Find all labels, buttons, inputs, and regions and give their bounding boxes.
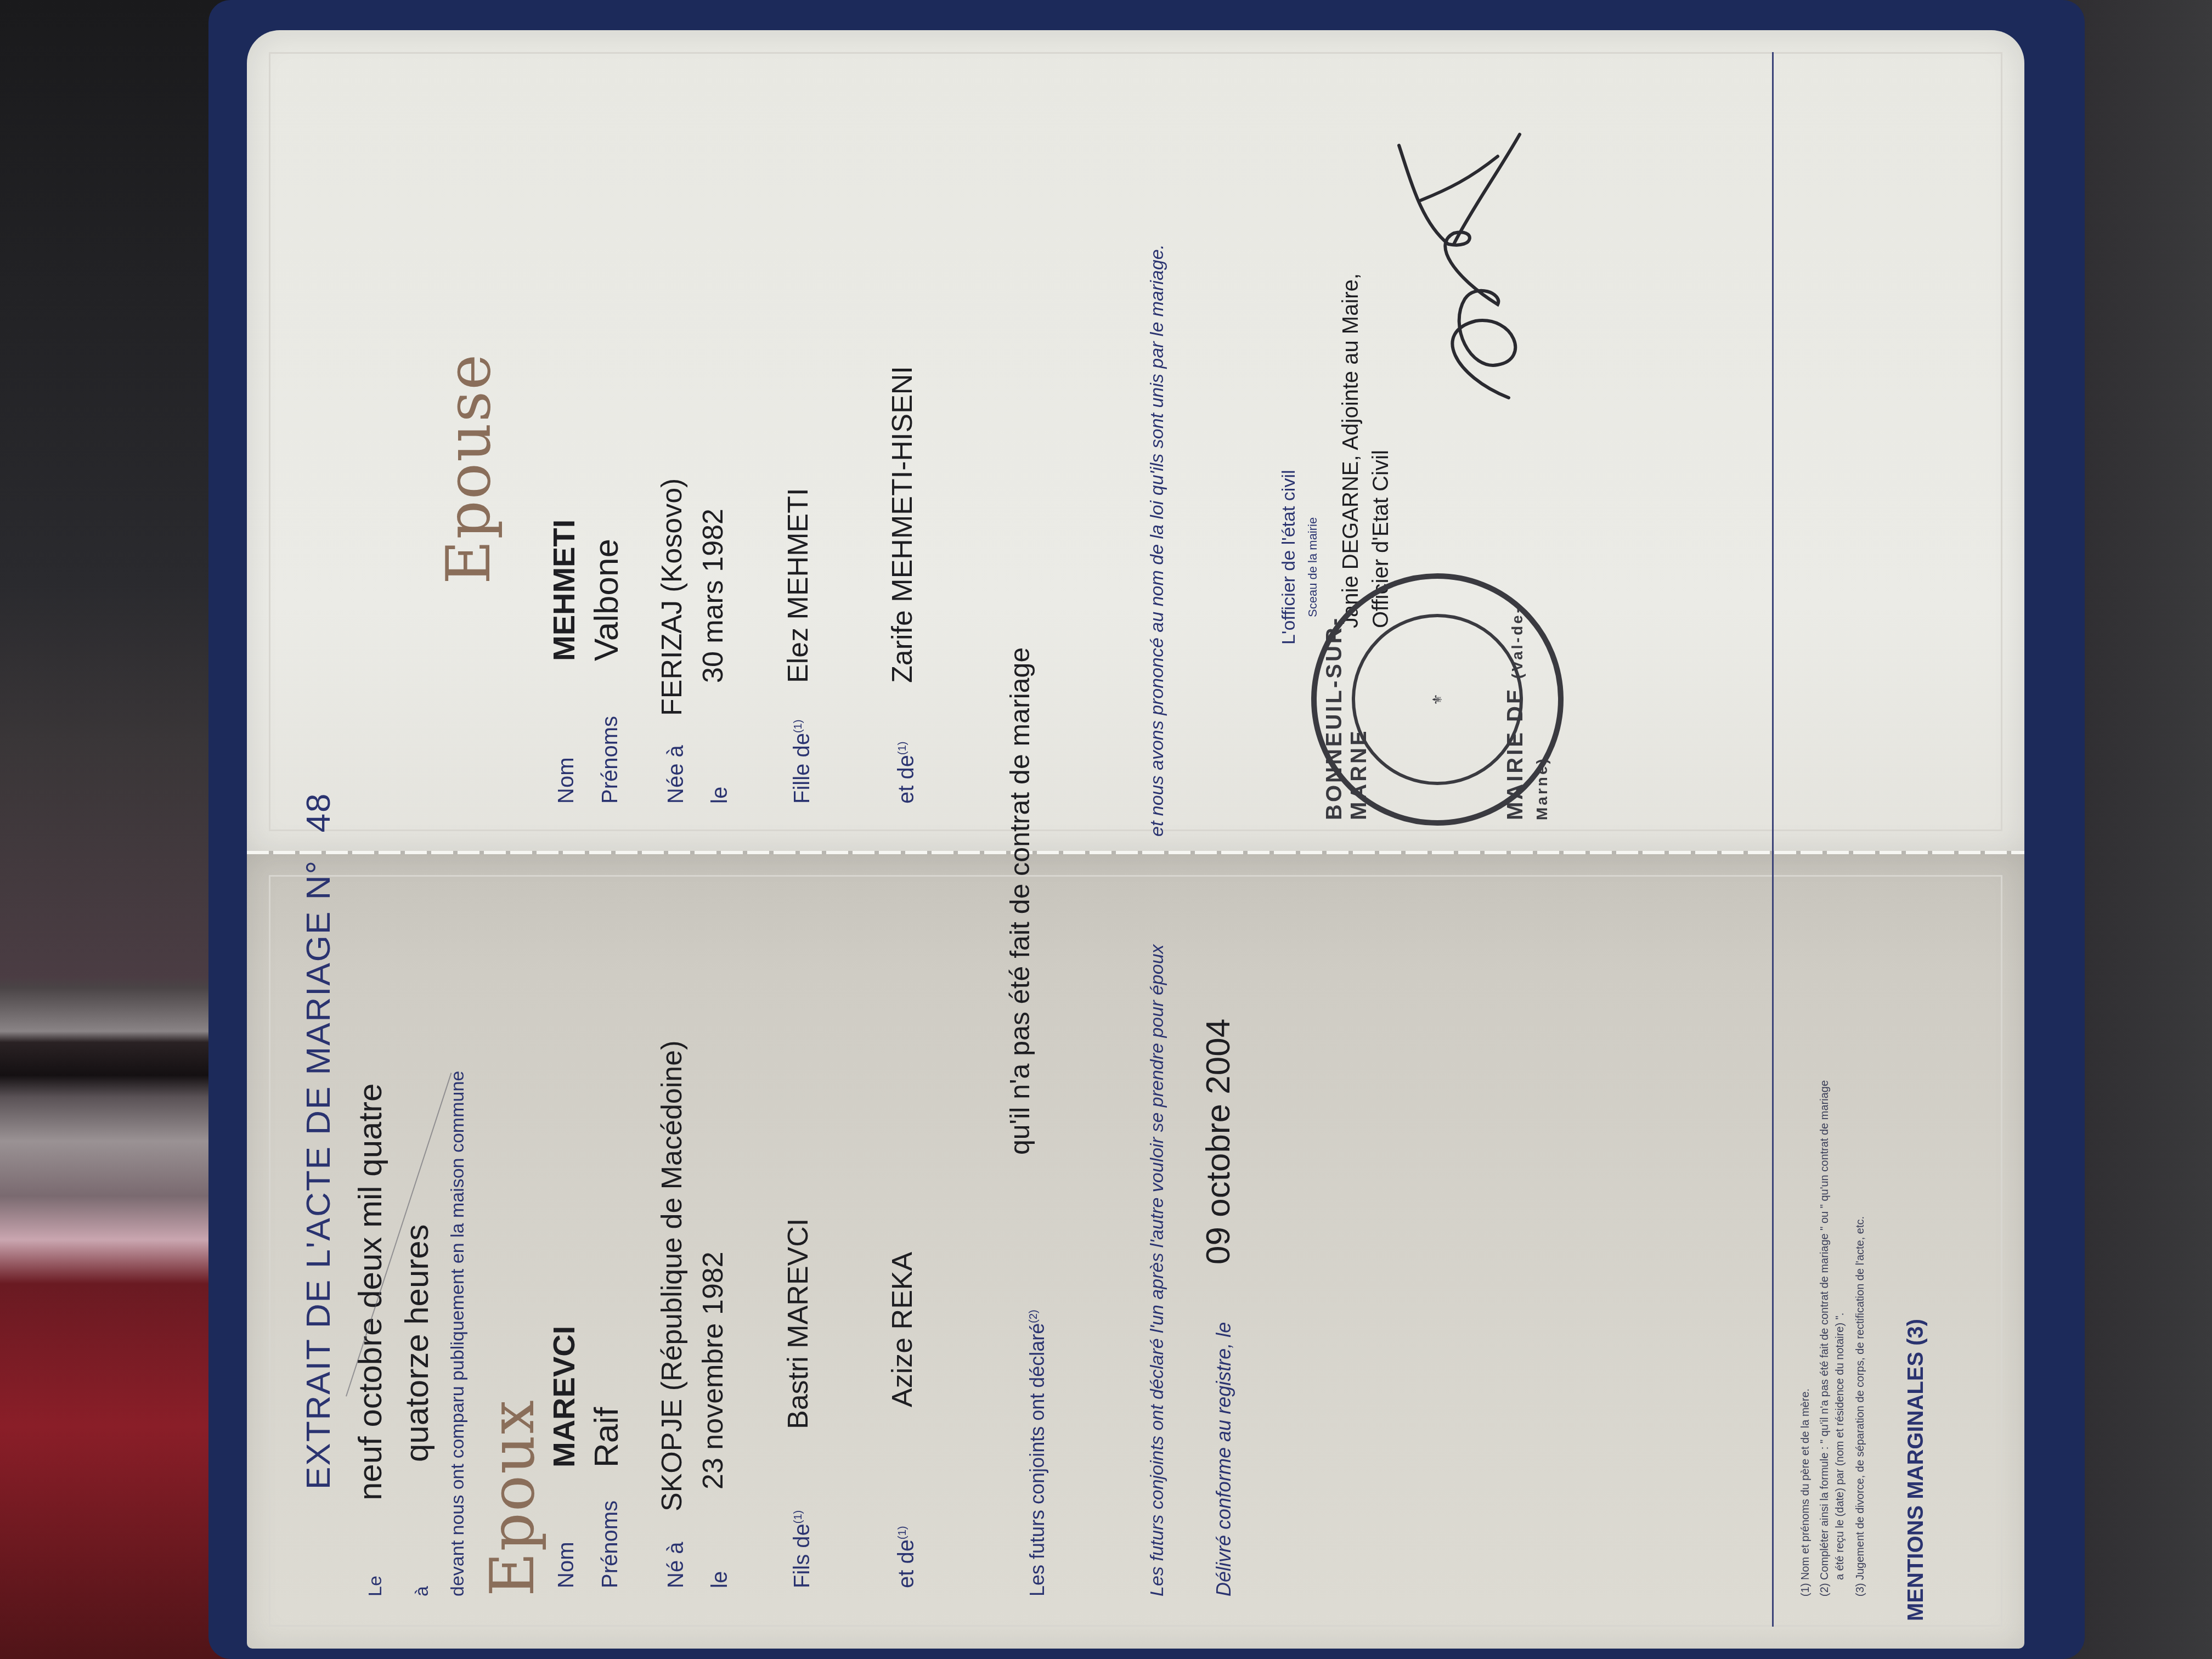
epouse-date-naissance: 30 mars 1982 (697, 509, 730, 683)
epouse-fille-de-label: Fille de(1) (790, 720, 815, 804)
epouse-prenoms-label: Prénoms (598, 716, 623, 804)
mairie-seal-stamp: BONNEUIL-SUR-MARNE ⚜ MAIRIE DE (Val-de-M… (1311, 573, 1564, 826)
epoux-pere: Bastri MAREVCI (782, 1218, 815, 1429)
epouse-nom: MEHMETI (546, 520, 582, 661)
epouse-mere: Zarife MEHMETI-HISENI (886, 366, 919, 683)
epoux-prenoms: Raif (587, 1407, 626, 1468)
epoux-prenoms-label: Prénoms (598, 1500, 623, 1588)
footnote-ref: (1) (896, 1526, 909, 1539)
epoux-nom: MAREVCI (546, 1326, 582, 1468)
civic-emblem-icon: ⚜ (1352, 614, 1523, 785)
mentions-marginales-heading: MENTIONS MARGINALES (3) (1904, 1319, 1928, 1621)
contract-label: Les futurs conjoints ont déclaré(2) (1026, 1310, 1049, 1596)
epouse-lieu-naissance: FERIZAJ (Kosovo) (656, 478, 689, 716)
page-border (269, 52, 2002, 831)
epouse-heading: Epouse (433, 353, 504, 584)
epouse-pere: Elez MEHMETI (782, 488, 815, 683)
footnote-ref: (2) (1028, 1310, 1040, 1323)
date-label: Le (365, 1576, 386, 1596)
epouse-nee-a-label: Née à (664, 745, 689, 804)
preamble-text: devant nous ont comparu publiquement en … (447, 1071, 469, 1596)
epoux-ne-a-label: Né à (664, 1542, 689, 1589)
et-de-text: et de (894, 1539, 918, 1588)
seal-top-text: BONNEUIL-SUR-MARNE (1322, 579, 1372, 820)
delivery-label: Délivré conforme au registre, le (1212, 1322, 1235, 1596)
marriage-certificate-document: EXTRAIT DE L'ACTE DE MARIAGE N° 48 Le ne… (247, 30, 2024, 1649)
officer-name: Janie DEGARNE, Adjointe au Maire, (1339, 273, 1363, 628)
footnote-2: (2) Compléter ainsi la formule : " qu'il… (1819, 1080, 1831, 1596)
officer-label: L'officier de l'état civil (1278, 470, 1300, 645)
footnote-ref: (1) (896, 742, 909, 755)
fils-de-text: Fils de (790, 1523, 814, 1588)
epoux-nom-label: Nom (554, 1542, 579, 1588)
marriage-date-words: neuf octobre deux mil quatre (351, 1084, 389, 1500)
handwritten-signature-icon (1388, 123, 1553, 409)
footnote-2-continued: a été reçu le (date) par (nom et résiden… (1834, 1313, 1847, 1580)
declaration-part1: Les futurs conjoints ont déclaré l'un ap… (1147, 944, 1168, 1596)
seal-label: Sceau de la mairie (1306, 517, 1320, 617)
contract-value: qu'il n'a pas été fait de contrat de mar… (1004, 647, 1036, 1155)
epoux-et-de-label: et de(1) (894, 1526, 919, 1588)
epouse-nom-label: Nom (554, 758, 579, 804)
footnote-ref: (1) (792, 720, 804, 733)
et-de-text: et de (894, 755, 918, 804)
seal-mairie-de: MAIRIE DE (1503, 687, 1527, 820)
right-page (247, 30, 2024, 853)
epoux-mere: Azize REKA (886, 1252, 919, 1407)
marriage-time-words: quatorze heures (398, 1224, 436, 1462)
mentions-divider (1772, 52, 1774, 1627)
epoux-fils-de-label: Fils de(1) (790, 1510, 815, 1588)
seal-bottom-text: MAIRIE DE (Val-de-Marne) (1503, 579, 1553, 820)
epouse-prenoms: Valbone (587, 539, 626, 661)
epouse-et-de-label: et de(1) (894, 742, 919, 804)
declaration-part2: et nous avons prononcé au nom de la loi … (1147, 244, 1168, 837)
epoux-lieu-naissance: SKOPJE (République de Macédoine) (656, 1041, 689, 1511)
contract-label-text: Les futurs conjoints ont déclaré (1026, 1323, 1048, 1596)
time-label: à (411, 1586, 433, 1596)
booklet-stitched-fold (247, 851, 2024, 854)
document-title: EXTRAIT DE L'ACTE DE MARIAGE N° 48 (299, 793, 338, 1489)
footnote-3: (3) Jugement de divorce, de séparation d… (1854, 1216, 1867, 1596)
footnote-1: (1) Nom et prénoms du père et de la mère… (1799, 1389, 1812, 1596)
delivery-date: 09 octobre 2004 (1199, 1019, 1238, 1265)
epoux-heading: Epoux (477, 1399, 548, 1596)
fille-de-text: Fille de (790, 733, 814, 804)
title-text: EXTRAIT DE L'ACTE DE MARIAGE N° (300, 860, 337, 1489)
act-number: 48 (300, 793, 337, 833)
epoux-date-naissance: 23 novembre 1982 (697, 1251, 730, 1489)
footnote-ref: (1) (792, 1510, 804, 1523)
epoux-le-label: le (708, 1571, 732, 1588)
epouse-le-label: le (708, 787, 732, 804)
